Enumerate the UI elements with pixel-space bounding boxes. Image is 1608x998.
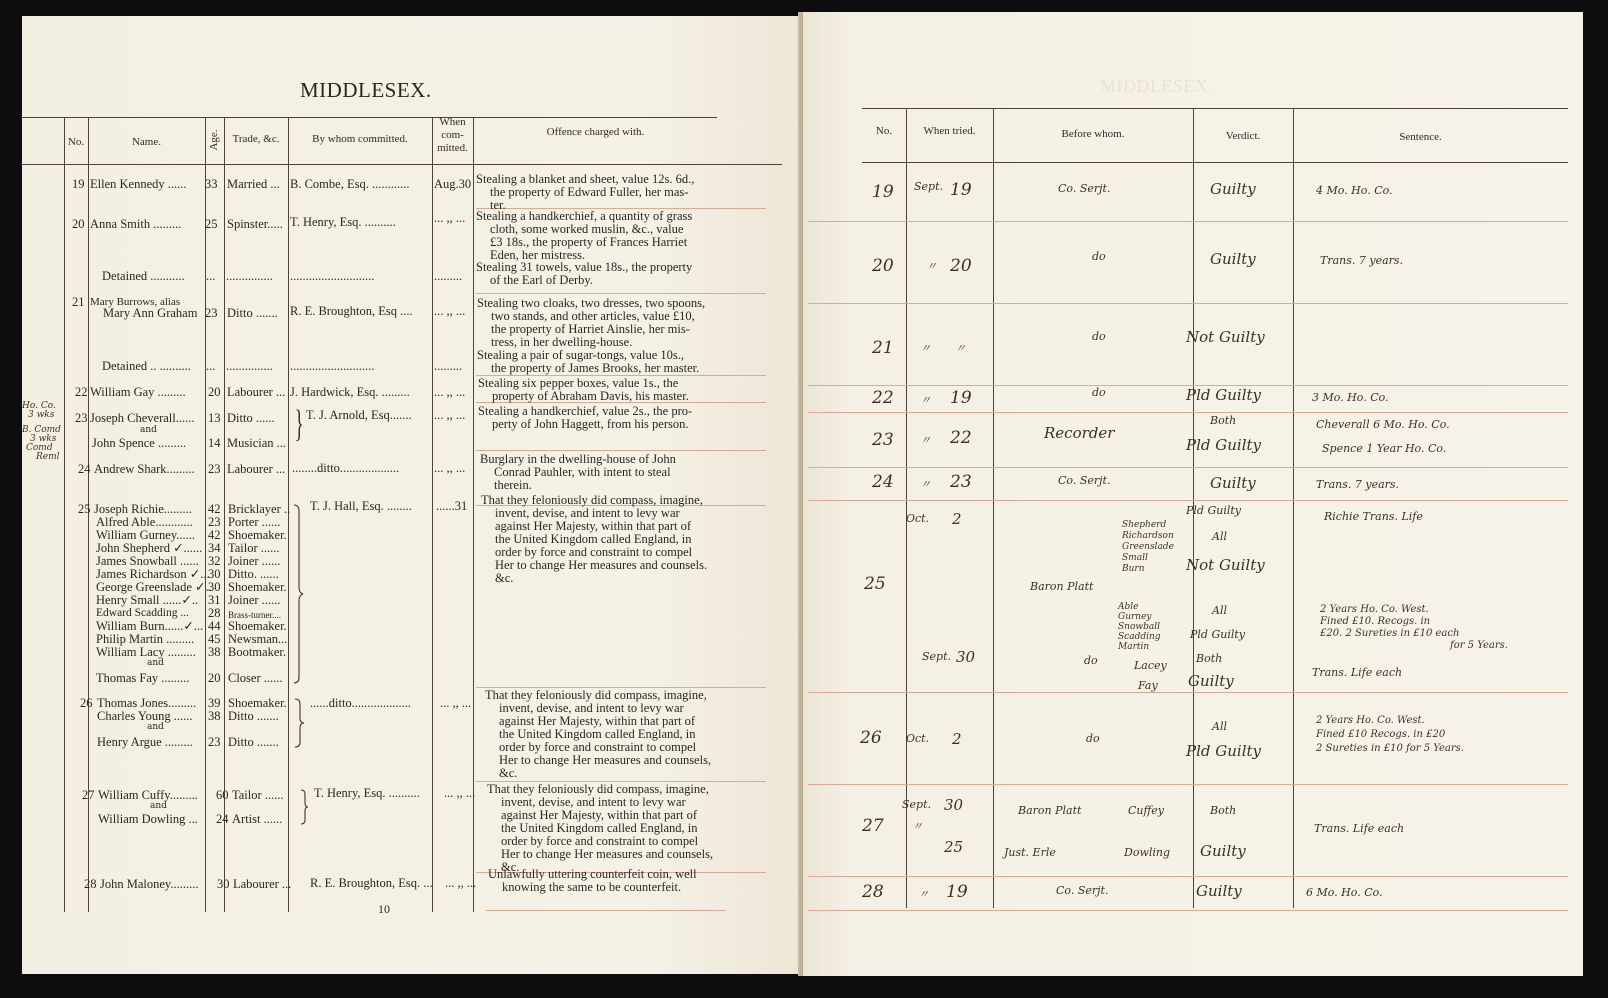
defendant-age: 38 [208, 646, 221, 659]
header-bottom-rule [22, 164, 782, 165]
trial-verdict: Pld Guilty [1190, 628, 1245, 641]
trial-before: do [1084, 654, 1098, 667]
trial-defendant: Dowling [1124, 846, 1170, 859]
group-name: Shepherd [1122, 520, 1174, 531]
trial-verdict: Guilty [1188, 672, 1234, 690]
row-rule [808, 784, 1568, 785]
row-when: ......... [434, 360, 462, 373]
row-name: Detained ........... [102, 270, 185, 283]
row-no: 19 [72, 178, 85, 191]
row-age: 25 [205, 218, 218, 231]
col-divider [993, 108, 994, 908]
trial-verdict: All [1212, 530, 1227, 543]
trial-sentence: Trans. Life each [1314, 822, 1404, 835]
and-label: and [147, 722, 164, 732]
row-committed-by: ........................... [290, 360, 374, 373]
trial-sentence: Spence 1 Year Ho. Co. [1322, 442, 1446, 455]
offence-line: Her to change Her measures and counsels. [481, 559, 726, 572]
trial-no: 22 [872, 388, 894, 408]
trial-month: 〃 [920, 432, 931, 448]
trial-before: do [1092, 386, 1106, 399]
group-name: Martin [1118, 642, 1161, 652]
sentence-line: 2 Years Ho. Co. West. [1320, 604, 1508, 616]
row-offence: Stealing a pair of sugar-tongs, value 10… [477, 349, 722, 375]
trial-before: Baron Platt [1018, 804, 1081, 817]
row-age: ... [206, 360, 215, 373]
row-rule [476, 293, 766, 294]
trial-day: 23 [950, 472, 972, 492]
row-offence: Burglary in the dwelling-house of John C… [480, 453, 725, 492]
offence-line: knowing the same to be counterfeit. [488, 881, 733, 894]
group-name: Lacey [1134, 656, 1167, 676]
col-divider [64, 117, 65, 912]
row-offence: Stealing six pepper boxes, value 1s., th… [478, 377, 723, 403]
row-offence: That they feloniously did compass, imagi… [481, 494, 726, 585]
col-header-committed-by: By whom committed. [288, 133, 432, 145]
row-rule [808, 692, 1568, 693]
trial-before: Co. Serjt. [1058, 182, 1110, 195]
trial-month: Oct. [906, 732, 929, 745]
trial-day: 19 [950, 388, 972, 408]
defendant-name: William Cuffy......... [98, 789, 198, 802]
row-committed-by: R. E. Broughton, Esq. ... [310, 877, 433, 890]
when-label-1: When [432, 116, 473, 129]
row-when: Aug.30 [434, 178, 471, 191]
row-committed-by: ........ditto................... [292, 462, 399, 475]
trial-day: 2 [952, 510, 962, 528]
trial-before: Baron Platt [1030, 580, 1093, 593]
defendant-trade: Bootmaker. [228, 646, 286, 659]
offence-line: &c. [481, 572, 726, 585]
trial-month: Sept. [902, 798, 931, 811]
col-divider [906, 108, 907, 908]
row-when: ... ,, ... [444, 787, 475, 800]
offence-line: Her to change Her measures and counsels, [485, 754, 730, 767]
row-age: 13 [208, 412, 221, 425]
trial-month: 〃 [920, 392, 931, 408]
defendant-age: 20 [208, 672, 221, 685]
row-rule [808, 500, 1568, 501]
trial-before: Co. Serjt. [1056, 884, 1108, 897]
row-age: 23 [205, 307, 218, 320]
row-trade: Married ... [227, 178, 280, 191]
header-top-rule [22, 117, 717, 118]
defendant-age: 23 [208, 736, 221, 749]
trial-verdict: Pld Guilty [1186, 504, 1241, 517]
defendant-name: Henry Argue ......... [97, 736, 193, 749]
row-committed-by: T. Henry, Esq. .......... [290, 216, 396, 229]
col-header-trade: Trade, &c. [224, 133, 288, 145]
trial-verdict: Both [1210, 804, 1236, 817]
trial-verdict: Not Guilty [1186, 556, 1265, 574]
trial-month: 〃 [920, 340, 931, 356]
row-no: 26 [80, 697, 93, 710]
defendant-group: Shepherd Richardson Greenslade Small Bur… [1122, 520, 1174, 575]
trial-month: 〃 [920, 476, 931, 492]
sentence-line: 2 Sureties in £10 for 5 Years. [1316, 742, 1464, 756]
when-label-2: com- [432, 129, 473, 142]
row-committed-by: T. J. Arnold, Esq....... [306, 409, 412, 422]
offence-line: property of Abraham Davis, his master. [478, 390, 723, 403]
col-header-offence: Offence charged with. [473, 126, 718, 138]
row-age: 20 [208, 386, 221, 399]
margin-note: Ho. Co. 3 wks B. Comd 3 wks Comd Reml [22, 402, 61, 462]
faint-bleedthrough-title: MIDDLESEX. [1100, 76, 1214, 97]
row-committed-by: J. Hardwick, Esq. ......... [290, 386, 410, 399]
offence-line: of the Earl of Derby. [476, 274, 721, 287]
trial-sentence: 2 Years Ho. Co. West. Fined £10. Recogs.… [1320, 604, 1508, 652]
sentence-line: for 5 Years. [1320, 640, 1508, 652]
trial-defendant: Cuffey [1128, 804, 1164, 817]
defendant-group: Able Gurney Snowball Scadding Martin [1118, 602, 1161, 652]
trial-month: Sept. [914, 180, 943, 193]
group-name: Greenslade [1122, 542, 1174, 553]
offence-line: therein. [480, 479, 725, 492]
trial-month: Sept. [922, 650, 951, 663]
trial-day: 22 [950, 428, 972, 448]
trial-day: 20 [950, 256, 972, 276]
row-trade: Labourer ... [227, 463, 285, 476]
row-no: 25 [78, 503, 91, 516]
group-name: Fay [1134, 676, 1167, 696]
row-name: William Gay ......... [90, 386, 186, 399]
trial-day: 19 [946, 882, 968, 902]
row-trade: Spinster..... [227, 218, 283, 231]
col-divider [432, 117, 433, 912]
trial-day: 30 [956, 648, 975, 666]
trial-sentence: 6 Mo. Ho. Co. [1306, 886, 1383, 899]
row-name: John Spence ......... [92, 437, 186, 450]
margin-note-line: Reml [22, 453, 61, 462]
row-rule [808, 876, 1568, 877]
trial-day: 2 [952, 730, 962, 748]
row-offence: Stealing 31 towels, value 18s., the prop… [476, 261, 721, 287]
row-no: 21 [72, 296, 85, 309]
trial-verdict: Pld Guilty [1186, 436, 1261, 454]
row-offence: Stealing a blanket and sheet, value 12s.… [476, 173, 721, 212]
row-no: 28 [84, 878, 97, 891]
trial-verdict: Guilty [1210, 250, 1256, 268]
trial-sentence: 2 Years Ho. Co. West. Fined £10 Recogs. … [1316, 714, 1464, 756]
row-offence: Stealing a handkerchief, value 2s., the … [478, 405, 723, 431]
row-no: 27 [82, 789, 95, 802]
defendant-trade: Ditto ....... [228, 736, 279, 749]
row-age: 23 [208, 463, 221, 476]
trial-verdict: Both [1196, 652, 1222, 665]
page-title: MIDDLESEX. [300, 78, 432, 103]
trial-before: do [1092, 250, 1106, 263]
row-when: ... ,, ... [434, 212, 465, 225]
trial-verdict: Not Guilty [1186, 328, 1265, 346]
trial-verdict: Guilty [1200, 842, 1246, 860]
col-header-verdict: Verdict. [1193, 130, 1293, 142]
col-divider [1293, 108, 1294, 908]
col-header-when-committed: When com- mitted. [432, 116, 473, 155]
row-name: Anna Smith ......... [90, 218, 181, 231]
row-age: 33 [205, 178, 218, 191]
trial-before: Co. Serjt. [1058, 474, 1110, 487]
defendant-age: 60 [216, 789, 229, 802]
trial-day: 19 [950, 180, 972, 200]
trial-verdict: Both [1210, 414, 1236, 427]
trial-verdict: Guilty [1210, 474, 1256, 492]
trial-before: Recorder [1044, 424, 1114, 442]
group-name: Able [1118, 602, 1161, 612]
offence-line: perty of John Haggett, from his person. [478, 418, 723, 431]
row-age: 14 [208, 437, 221, 450]
defendant-trade: Ditto ....... [228, 710, 279, 723]
row-committed-by: B. Combe, Esq. ............ [290, 178, 409, 191]
brace-icon [293, 503, 305, 685]
col-header-sentence: Sentence. [1293, 131, 1548, 143]
col-header-age: Age. [208, 127, 220, 153]
row-name-alias: Mary Ann Graham [103, 307, 197, 320]
row-rule [486, 910, 726, 911]
brace-icon [294, 697, 306, 749]
defendant-name: William Dowling ... [98, 813, 198, 826]
row-rule [808, 412, 1568, 413]
and-label: and [150, 801, 167, 811]
row-no: 24 [78, 463, 91, 476]
header-bottom-rule [862, 162, 1568, 163]
trial-month: 〃 [926, 258, 937, 274]
row-when: ......31 [436, 500, 467, 513]
offence-line: the property of Edward Fuller, her mas- [476, 186, 721, 199]
row-rule [808, 467, 1568, 468]
row-name: Joseph Cheverall...... [90, 412, 195, 425]
sentence-line: £20. 2 Sureties in £10 each [1320, 628, 1508, 640]
trial-no: 27 [862, 816, 884, 836]
sentence-line: 2 Years Ho. Co. West. [1316, 714, 1464, 728]
row-when: ... ,, ... [434, 462, 465, 475]
trial-sentence: 3 Mo. Ho. Co. [1312, 391, 1389, 404]
row-trade: Labourer ... [227, 386, 285, 399]
col-header-before-whom: Before whom. [993, 128, 1193, 140]
defendant-trade: Closer ...... [228, 672, 283, 685]
row-age: 30 [217, 878, 230, 891]
trial-no: 21 [872, 338, 894, 358]
trial-verdict: All [1212, 604, 1227, 617]
group-name: Burn [1122, 564, 1174, 575]
row-offence: Unlawfully uttering counterfeit coin, we… [488, 868, 733, 894]
defendant-trade: Tailor ...... [232, 789, 284, 802]
group-name: Richardson [1122, 531, 1174, 542]
trial-sentence: Richie Trans. Life [1324, 510, 1423, 523]
row-name: Andrew Shark......... [94, 463, 195, 476]
group-name: Gurney [1118, 612, 1161, 622]
trial-verdict: Pld Guilty [1186, 386, 1261, 404]
defendant-name: Charles Young ...... [97, 710, 193, 723]
row-name: Detained .. .......... [102, 360, 191, 373]
trial-before: do [1086, 732, 1100, 745]
row-rule [476, 450, 766, 451]
row-when: ... ,, ... [440, 697, 471, 710]
trial-day: 25 [944, 838, 963, 856]
trial-day: 〃 [955, 340, 966, 356]
trial-sentence: Trans. 7 years. [1320, 254, 1403, 267]
row-trade: ............... [226, 270, 273, 283]
and-label: and [147, 658, 164, 668]
trial-sentence: Trans. 7 years. [1316, 478, 1399, 491]
offence-line: &c. [485, 767, 730, 780]
trial-no: 19 [872, 182, 894, 202]
when-label-3: mitted. [432, 142, 473, 155]
row-when: ... ,, ... [434, 386, 465, 399]
defendant-name: Henry Small ......✓.. [96, 594, 198, 607]
row-trade: Ditto ...... [227, 412, 275, 425]
sentence-line: Fined £10 Recogs. in £20 [1316, 728, 1464, 742]
group-name: Small [1122, 553, 1174, 564]
trial-no: 25 [864, 574, 886, 594]
row-no: 23 [75, 412, 88, 425]
defendant-age: 38 [208, 710, 221, 723]
defendant-trade: Artist ...... [232, 813, 282, 826]
trial-before: Just. Erle [1004, 846, 1056, 859]
row-trade: Labourer ... [233, 878, 291, 891]
row-rule [808, 303, 1568, 304]
col-divider [205, 117, 206, 912]
trial-verdict: Guilty [1196, 882, 1242, 900]
col-header-no: No. [64, 136, 88, 148]
row-rule [808, 910, 1568, 911]
row-rule [808, 221, 1568, 222]
trial-no: 26 [860, 728, 882, 748]
trial-day: 30 [944, 796, 963, 814]
defendant-group: Lacey Fay [1134, 656, 1167, 696]
trial-verdict: Pld Guilty [1186, 742, 1261, 760]
row-trade: Ditto ....... [227, 307, 278, 320]
brace-icon [300, 788, 310, 826]
and-label: and [140, 425, 157, 435]
row-committed-by: ........................... [290, 270, 374, 283]
trial-verdict: Guilty [1210, 180, 1256, 198]
trial-no: 24 [872, 472, 894, 492]
offence-line: the property of James Brooks, her master… [477, 362, 722, 375]
trial-day-mark: 〃 [912, 818, 923, 834]
trial-month: Oct. [906, 512, 929, 525]
row-name: John Maloney......... [100, 878, 199, 891]
trial-month: 〃 [918, 886, 929, 902]
brace-icon: } [295, 404, 304, 444]
trial-no: 20 [872, 256, 894, 276]
trial-before: do [1092, 330, 1106, 343]
group-name: Scadding [1118, 632, 1161, 642]
row-when: ... ,, ... [434, 409, 465, 422]
defendant-trade: Joiner ...... [228, 594, 280, 607]
row-committed-by: ......ditto................... [310, 697, 411, 710]
row-offence: Stealing two cloaks, two dresses, two sp… [477, 297, 722, 349]
trial-sentence: 4 Mo. Ho. Co. [1316, 184, 1393, 197]
row-committed-by: T. J. Hall, Esq. ........ [310, 500, 412, 513]
row-no: 20 [72, 218, 85, 231]
defendant-name: Thomas Fay ......... [96, 672, 189, 685]
row-trade: Musician ... [227, 437, 286, 450]
offence-line: Her to change Her measures and counsels, [487, 848, 732, 861]
trial-sentence: Trans. Life each [1312, 666, 1402, 679]
group-name: Snowball [1118, 622, 1161, 632]
row-name: Ellen Kennedy ...... [90, 178, 187, 191]
row-offence: That they feloniously did compass, imagi… [487, 783, 732, 874]
col-header-name: Name. [88, 136, 205, 148]
row-age: ... [206, 270, 215, 283]
trial-sentence: Cheverall 6 Mo. Ho. Co. [1316, 418, 1450, 431]
row-when: ......... [434, 270, 462, 283]
row-when: ... ,, ... [434, 305, 465, 318]
col-header-no: No. [862, 125, 906, 137]
row-committed-by: R. E. Broughton, Esq .... [290, 305, 413, 318]
trial-no: 28 [862, 882, 884, 902]
sentence-line: Fined £10. Recogs. in [1320, 616, 1508, 628]
trial-no: 23 [872, 430, 894, 450]
row-trade: ............... [226, 360, 273, 373]
header-top-rule [862, 108, 1568, 109]
col-header-when-tried: When tried. [906, 125, 993, 137]
row-committed-by: T. Henry, Esq. .......... [314, 787, 420, 800]
defendant-age: 24 [216, 813, 229, 826]
trial-verdict: All [1212, 720, 1227, 733]
defendant-name: William Lacy ......... [96, 646, 196, 659]
page-number: 10 [378, 902, 390, 917]
row-offence: That they feloniously did compass, imagi… [485, 689, 730, 780]
margin-note-line: 3 wks [22, 411, 61, 420]
row-offence: Stealing a handkerchief, a quantity of g… [476, 210, 721, 262]
row-no: 22 [75, 386, 88, 399]
row-when: ... ,, ... [445, 877, 476, 890]
